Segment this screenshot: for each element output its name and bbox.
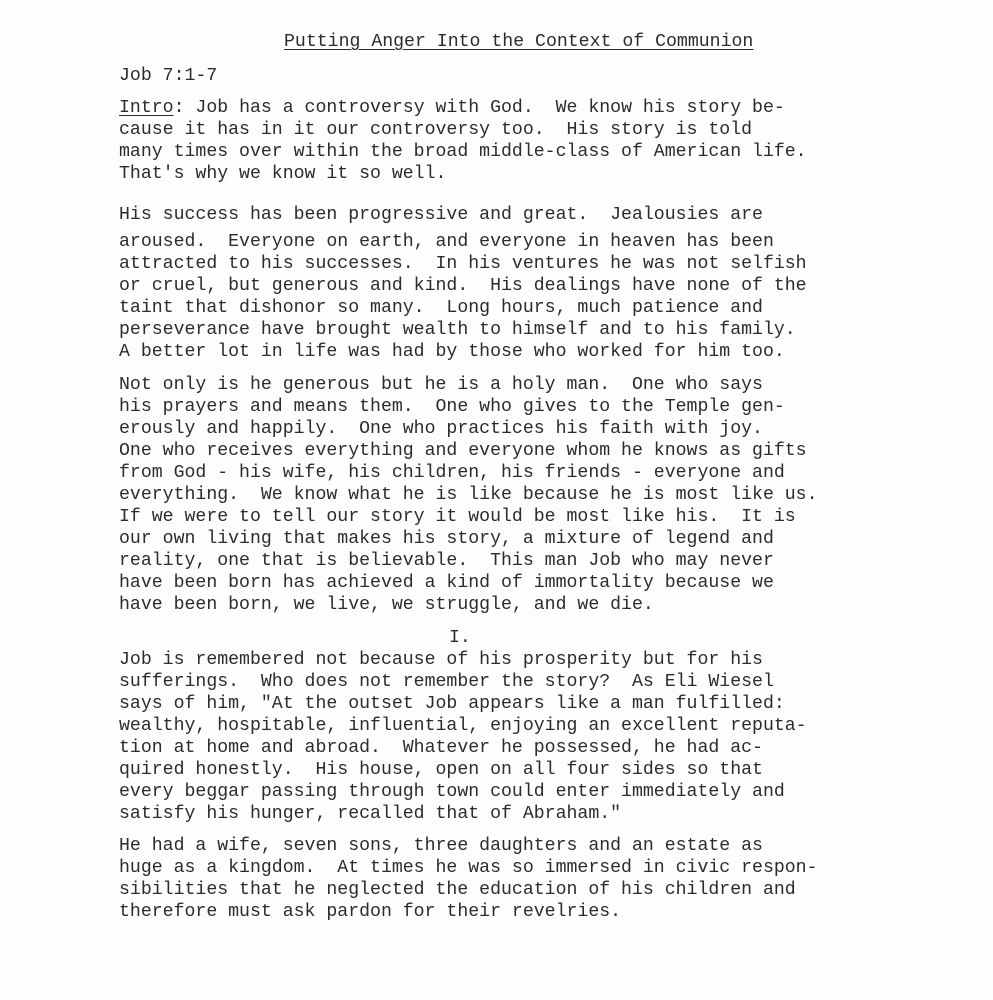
intro-paragraph: Intro: Job has a controversy with God. W…	[119, 97, 899, 185]
scripture-reference: Job 7:1-7	[119, 66, 217, 86]
document-page: Putting Anger Into the Context of Commun…	[0, 0, 993, 1000]
section-marker: I.	[449, 628, 471, 648]
paragraph-family: He had a wife, seven sons, three daughte…	[119, 835, 899, 923]
paragraph-sufferings: Job is remembered not because of his pro…	[119, 649, 899, 825]
paragraph-success: His success has been progressive and gre…	[119, 204, 899, 363]
intro-label: Intro	[119, 98, 174, 118]
paragraph-holy-man: Not only is he generous but he is a holy…	[119, 374, 899, 616]
document-title: Putting Anger Into the Context of Commun…	[284, 32, 753, 52]
